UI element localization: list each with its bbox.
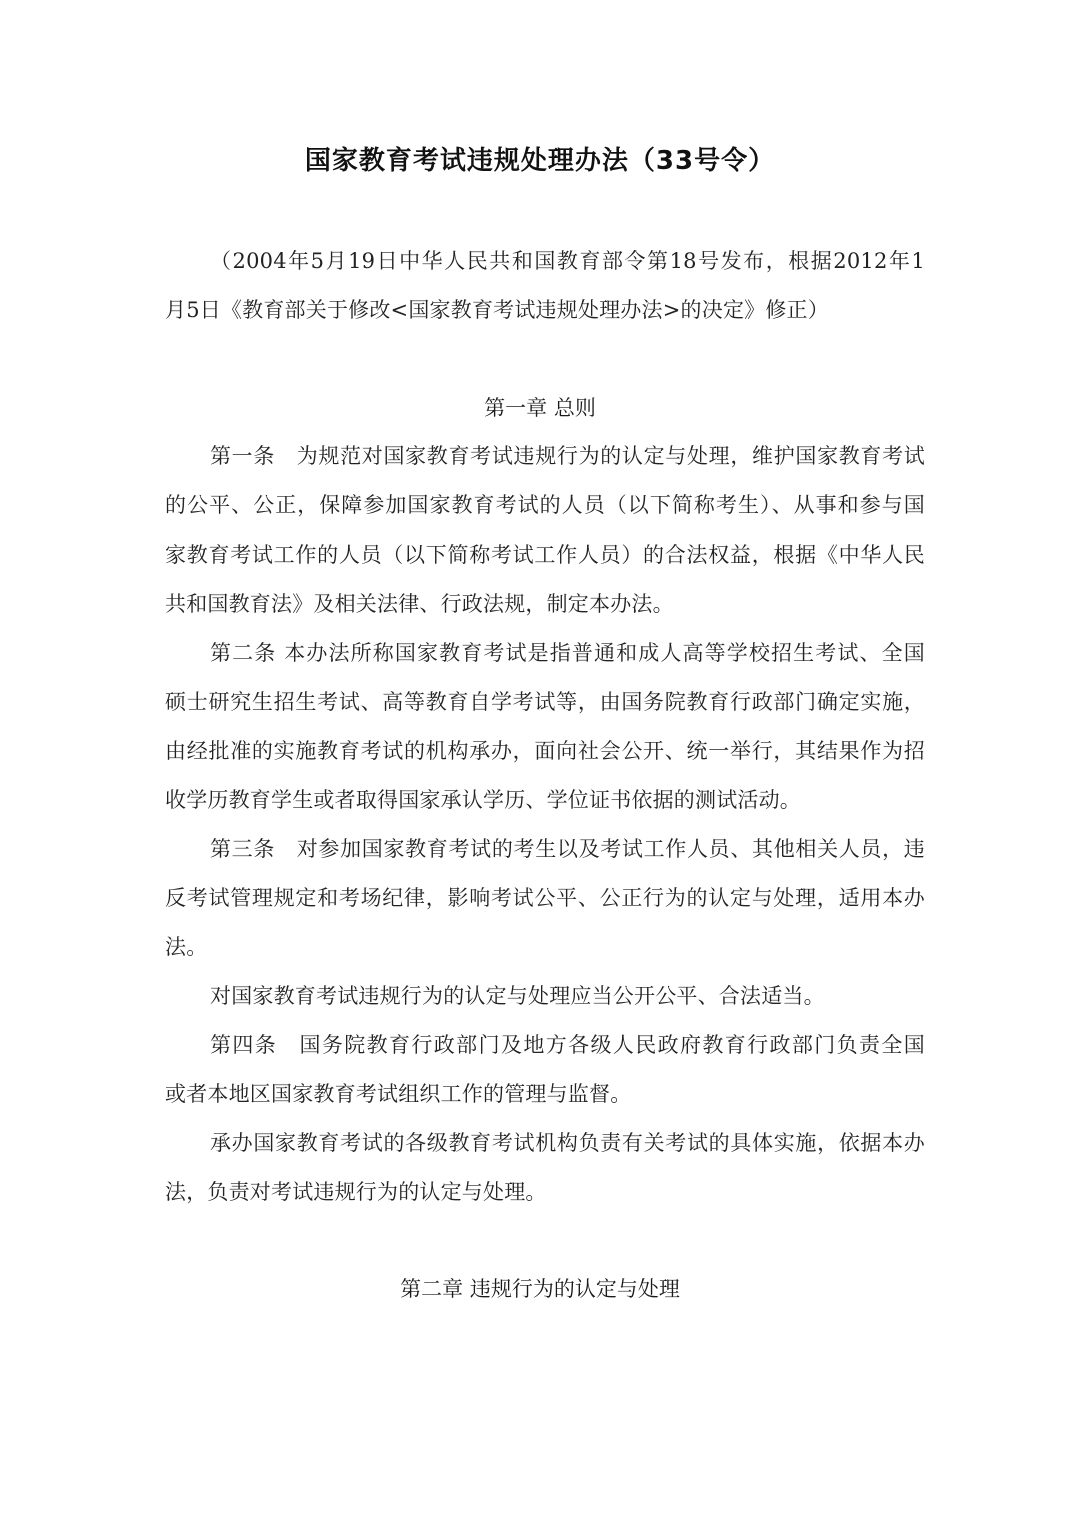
- article-4-paragraph-2-line: 法，负责对考试违规行为的认定与处理。: [165, 1177, 925, 1207]
- preamble-line: 月5日《教育部关于修改<国家教育考试违规处理办法>的决定》修正）: [165, 295, 925, 325]
- article-1-line: 共和国教育法》及相关法律、行政法规，制定本办法。: [165, 589, 925, 619]
- chapter-2-heading: 第二章 违规行为的认定与处理: [0, 1274, 1080, 1304]
- article-2-line: 由经批准的实施教育考试的机构承办，面向社会公开、统一举行，其结果作为招: [165, 736, 925, 766]
- article-2-line: 收学历教育学生或者取得国家承认学历、学位证书依据的测试活动。: [165, 785, 925, 815]
- document-title: 国家教育考试违规处理办法（33号令）: [0, 143, 1080, 179]
- article-3-line: 反考试管理规定和考场纪律，影响考试公平、公正行为的认定与处理，适用本办: [165, 883, 925, 913]
- article-3-paragraph-2: 对国家教育考试违规行为的认定与处理应当公开公平、合法适当。: [210, 981, 925, 1011]
- article-4-line: 或者本地区国家教育考试组织工作的管理与监督。: [165, 1079, 925, 1109]
- article-3-line: 第三条 对参加国家教育考试的考生以及考试工作人员、其他相关人员，违: [210, 834, 925, 864]
- article-1-line: 第一条 为规范对国家教育考试违规行为的认定与处理，维护国家教育考试: [210, 441, 925, 471]
- article-2-line: 第二条 本办法所称国家教育考试是指普通和成人高等学校招生考试、全国: [210, 638, 925, 668]
- article-4-paragraph-2-line: 承办国家教育考试的各级教育考试机构负责有关考试的具体实施，依据本办: [210, 1128, 925, 1158]
- preamble-line: （2004年5月19日中华人民共和国教育部令第18号发布，根据2012年1: [210, 246, 925, 276]
- article-2-line: 硕士研究生招生考试、高等教育自学考试等，由国务院教育行政部门确定实施，: [165, 687, 925, 717]
- article-3-line: 法。: [165, 932, 925, 962]
- article-1-line: 的公平、公正，保障参加国家教育考试的人员（以下简称考生）、从事和参与国: [165, 490, 925, 520]
- document-page: 国家教育考试违规处理办法（33号令） （2004年5月19日中华人民共和国教育部…: [0, 0, 1080, 1528]
- chapter-1-heading: 第一章 总则: [0, 393, 1080, 423]
- article-4-line: 第四条 国务院教育行政部门及地方各级人民政府教育行政部门负责全国: [210, 1030, 925, 1060]
- article-1-line: 家教育考试工作的人员（以下简称考试工作人员）的合法权益，根据《中华人民: [165, 540, 925, 570]
